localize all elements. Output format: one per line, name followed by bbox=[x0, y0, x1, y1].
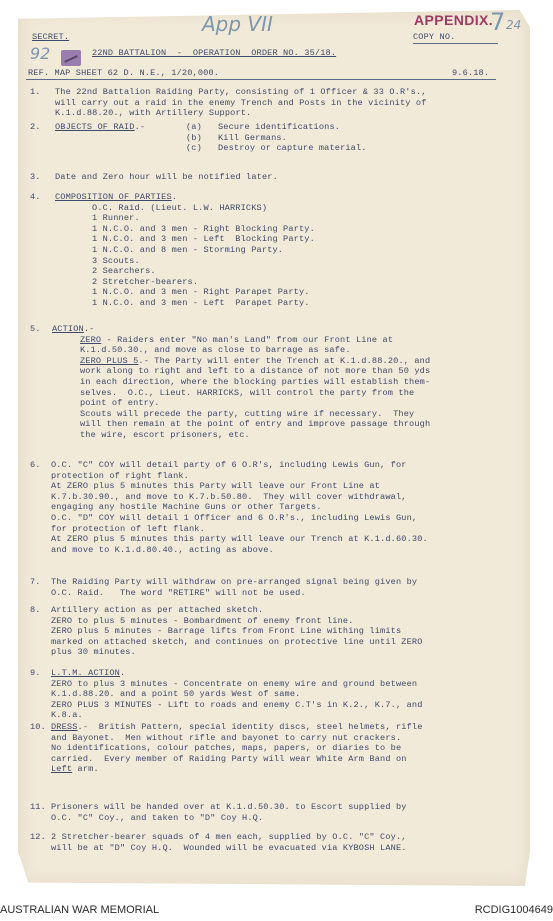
paragraph-line: At ZERO plus 5 minutes this party will l… bbox=[51, 534, 428, 545]
handwritten-appendix-note: App VII bbox=[202, 12, 273, 36]
paragraph-line: ZERO to plus 3 minutes - Concentrate on … bbox=[51, 679, 417, 690]
action-line: selves. O.C., Lieut. HARRICKS, will cont… bbox=[80, 388, 414, 399]
paragraph-line: ZERO to plus 5 minutes - Bombardment of … bbox=[51, 616, 354, 627]
document-title: 22ND BATTALION - OPERATION ORDER NO. 35/… bbox=[92, 48, 336, 59]
object-item: Kill Germans. bbox=[218, 133, 287, 144]
paragraph-line: carried. Every member of Raiding Party w… bbox=[51, 754, 407, 765]
party-item: 1 N.C.O. and 3 men - Left Parapet Party. bbox=[92, 298, 310, 309]
paragraph-line: K.1.d.88.20. and a point 50 yards West o… bbox=[51, 689, 300, 700]
paragraph-heading: ACTION.- bbox=[52, 324, 94, 335]
paragraph-number: 8. bbox=[30, 605, 41, 616]
paragraph-line: ZERO plus 5 minutes - Barrage lifts from… bbox=[51, 626, 401, 637]
paragraph-line: engaging any hostile Machine Guns or oth… bbox=[51, 502, 322, 513]
paragraph-line: and move to K.1.d.80.40., acting as abov… bbox=[51, 545, 274, 556]
paragraph-line: O.C. "C" Coy., and taken to "D" Coy H.Q. bbox=[51, 813, 263, 824]
object-letter: (b) bbox=[186, 133, 202, 144]
paragraph-line: 2 Stretcher-bearer squads of 4 men each,… bbox=[51, 832, 407, 843]
paragraph-heading: L.T.M. ACTION. bbox=[51, 668, 125, 679]
paragraph-number: 5. bbox=[30, 324, 41, 335]
footer-credit: AUSTRALIAN WAR MEMORIAL bbox=[0, 904, 159, 916]
object-letter: (c) bbox=[186, 143, 202, 154]
paragraph-line: protection of right flank. bbox=[51, 471, 189, 482]
paragraph-number: 10. bbox=[30, 722, 46, 733]
paragraph-number: 11. bbox=[30, 802, 46, 813]
paragraph-line: Left arm. bbox=[51, 764, 99, 775]
party-item: 1 N.C.O. and 3 men - Right Blocking Part… bbox=[92, 224, 315, 235]
party-item: 2 Stretcher-bearers. bbox=[92, 277, 198, 288]
paragraph-line: plus 30 minutes. bbox=[51, 647, 136, 658]
paragraph-line: O.C. "C" COY will detail party of 6 O.R'… bbox=[51, 460, 407, 471]
secret-label: SECRET. bbox=[32, 32, 69, 43]
action-line: Scouts will precede the party, cutting w… bbox=[80, 409, 414, 420]
party-item: 1 N.C.O. and 3 men - Left Blocking Party… bbox=[92, 234, 315, 245]
paragraph-number: 12. bbox=[30, 832, 46, 843]
action-line: the wire, escort prisoners, etc. bbox=[80, 430, 250, 441]
action-line: ZERO - Raiders enter "No man's Land" fro… bbox=[80, 335, 393, 346]
paragraph-number: 4. bbox=[30, 192, 41, 203]
object-letter: (a) bbox=[186, 122, 202, 133]
action-line: K.1.d.50.30., and move as close to barra… bbox=[80, 345, 351, 356]
paragraph-line: K.1.d.88.20., with Artillery Support. bbox=[55, 108, 251, 119]
footer-id: RCDIG1004649 bbox=[475, 904, 553, 916]
paragraph-number: 9. bbox=[30, 668, 41, 679]
paragraph-line: Prisoners will be handed over at K.1.d.5… bbox=[51, 802, 407, 813]
object-item: Secure identifications. bbox=[218, 122, 340, 133]
paragraph-line: ZERO PLUS 3 MINUTES - Lift to roads and … bbox=[51, 700, 423, 711]
action-line: point of entry. bbox=[80, 398, 160, 409]
action-line: will then remain at the point of entry a… bbox=[80, 419, 430, 430]
ink-stamp bbox=[61, 50, 81, 66]
paragraph-line: K.7.b.30.90., and move to K.7.b.50.80. T… bbox=[51, 492, 407, 503]
handwritten-appendix-number: 7 bbox=[490, 8, 505, 36]
action-line: work along to right and left to a distan… bbox=[80, 366, 430, 377]
document-date: 9.6.18. bbox=[452, 68, 489, 79]
paragraph-line: K.8.a. bbox=[51, 710, 83, 721]
paragraph-line: The Raiding Party will withdraw on pre-a… bbox=[51, 577, 417, 588]
paragraph-line: Artillery action as per attached sketch. bbox=[51, 605, 263, 616]
paragraph-line: O.C. Raid. The word "RETIRE" will not be… bbox=[51, 588, 306, 599]
paragraph-line: for protection of left flank. bbox=[51, 524, 205, 535]
party-item: 1 Runner. bbox=[92, 213, 140, 224]
party-item: 3 Scouts. bbox=[92, 256, 140, 267]
handwritten-page-number: 24 bbox=[506, 18, 521, 32]
paragraph-heading: DRESS.- British Pattern, special identit… bbox=[51, 722, 423, 733]
copy-no-label: COPY NO. bbox=[413, 32, 455, 43]
paragraph-line: marked on attached sketch, and continues… bbox=[51, 637, 423, 648]
paragraph-number: 2. bbox=[30, 122, 41, 133]
paragraph-number: 1. bbox=[30, 87, 41, 98]
paragraph-line: The 22nd Battalion Raiding Party, consis… bbox=[55, 87, 427, 98]
copy-no-rule bbox=[413, 43, 498, 44]
paragraph-line: Date and Zero hour will be notified late… bbox=[55, 172, 278, 183]
paragraph-line: At ZERO plus 5 minutes this Party will l… bbox=[51, 481, 380, 492]
paragraph-number: 7. bbox=[30, 577, 41, 588]
handwritten-folio-number: 92 bbox=[30, 44, 50, 63]
paragraph-heading: COMPOSITION OF PARTIES. bbox=[55, 192, 177, 203]
paragraph-line: No identifications, colour patches, maps… bbox=[51, 743, 401, 754]
party-item: O.C. Raid. (Lieut. L.W. HARRICKS) bbox=[92, 203, 267, 214]
party-item: 1 N.C.O. and 3 men - Right Parapet Party… bbox=[92, 287, 310, 298]
paragraph-line: will be at "D" Coy H.Q. Wounded will be … bbox=[51, 843, 407, 854]
paragraph-heading: OBJECTS OF RAID.- bbox=[55, 122, 145, 133]
paragraph-number: 3. bbox=[30, 172, 41, 183]
header-rule bbox=[26, 79, 496, 80]
party-item: 1 N.C.O. and 8 men - Storming Party. bbox=[92, 245, 283, 256]
appendix-stamp: APPENDIX. bbox=[414, 12, 493, 28]
map-reference: REF. MAP SHEET 62 D. N.E., 1/20,000. bbox=[28, 68, 219, 79]
paragraph-line: O.C. "D" COY will detail 1 Officer and 6… bbox=[51, 513, 417, 524]
party-item: 2 Searchers. bbox=[92, 266, 156, 277]
object-item: Destroy or capture material. bbox=[218, 143, 367, 154]
action-line: in each direction, where the blocking pa… bbox=[80, 377, 430, 388]
paragraph-number: 6. bbox=[30, 460, 41, 471]
paragraph-line: and Bayonet. Men without rifle and bayon… bbox=[51, 733, 401, 744]
paragraph-line: will carry out a raid in the enemy Trenc… bbox=[55, 98, 427, 109]
action-line: ZERO PLUS 5.- The Party will enter the T… bbox=[80, 356, 430, 367]
